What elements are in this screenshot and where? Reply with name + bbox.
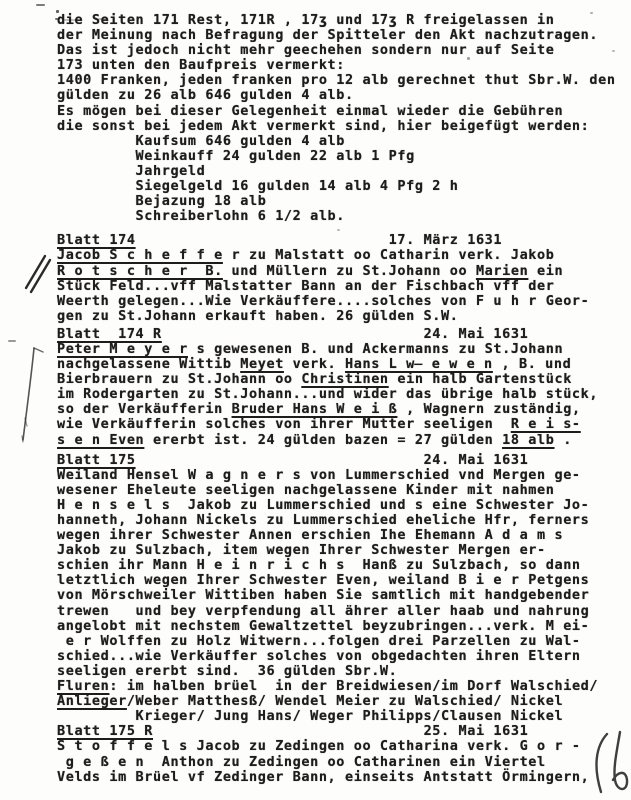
underlined-text: Anlieger [57,693,127,709]
text-line: Bierbrauern zu St.Johann oo Christinen e… [57,372,627,387]
text-segment: /Weber Matthesß/ Wendel Meier zu Walschi… [127,693,563,709]
text-line: H e n s e l s Jakob zu Lummerschied und … [57,498,627,513]
text-line: Anlieger/Weber Matthesß/ Wendel Meier zu… [57,694,627,709]
text-segment: Siegelgeld 16 gulden 14 alb 4 Pfg 2 h [57,178,458,194]
text-segment: 25. Mai 1631 [153,723,528,739]
text-line: e r Wolffen zu Holz Witwern...folgen dre… [57,634,627,649]
text-line: Kaufsum 646 gulden 4 alb [57,134,627,149]
text-line: s e n Even ererbt ist. 24 gülden bazen =… [57,433,627,448]
text-segment: 24. Mai 1631 [136,452,529,468]
text-line: Velds im Brüel vf Zedinger Bann, einseit… [57,770,627,785]
text-line: R o t s c h e r B. und Müllern zu St.Joh… [57,264,627,279]
text-segment: gen zu St.Johann erkauft haben. 26 gülde… [57,308,458,324]
text-line: Peter M e y e r s gewesenen B. und Acker… [57,342,627,357]
section-blatt-174: Blatt 174 17. März 1631Jacob S c h e f f… [57,233,627,324]
document-body: die Seiten 171 Rest, 171R , 17ʒ und 17ʒ … [57,13,627,785]
text-segment: im Rodergarten zu St.Johann...und wider … [57,386,598,402]
underlined-text: Jacob S c h e f f e [57,247,223,263]
section-blatt-174r: Blatt 174 R 24. Mai 1631Peter M e y e r … [57,327,627,448]
text-line: g e ß e n Anthon zu Zedingen oo Catharin… [57,755,627,770]
text-line: schied...wie Verkäuffer solches von obge… [57,649,627,664]
text-segment: die Seiten 171 Rest, 171R , 17ʒ und 17ʒ … [57,12,554,28]
underlined-text: R o t s c h e r B. [57,263,223,279]
text-line: wegen ihrer Schwester Annen erschien Ihe… [57,528,627,543]
text-line: Schreiberlohn 6 1/2 alb. [57,209,627,224]
text-segment: wie Verkäufferin solches von ihrer Mutte… [57,416,511,432]
text-segment: g e ß e n Anthon zu Zedingen oo Catharin… [57,754,546,770]
text-line: Fluren: im halben brüel in der Breidwies… [57,679,627,694]
underlined-text: Blatt 175 R [57,723,153,739]
text-segment: letztlich wegen Ihrer Schwester Even, we… [57,572,589,588]
underlined-text: Marien [476,263,528,279]
text-segment: S t o f f e l s Jacob zu Zedingen oo Cat… [57,738,581,754]
text-line: angelobt mit nechstem Gewaltzettel beyzu… [57,619,627,634]
text-segment: der Meinung nach Befragung der Spitteler… [57,27,598,43]
text-segment: hanneth, Johann Nickels zu Lummerschied … [57,512,589,528]
text-segment: Weerth gelegen...Wie Verkäuffere....solc… [57,293,589,309]
text-line: der Meinung nach Befragung der Spitteler… [57,28,627,43]
text-segment: Kaufsum 646 gulden 4 alb [57,133,345,149]
text-segment: verk. [284,356,345,372]
text-line: trewen und bey verpfendung all ährer all… [57,604,627,619]
text-segment: so der Verkäufferin [57,401,232,417]
blatt-header: Blatt 174 R 24. Mai 1631 [57,327,627,342]
underlined-text: Bruder Hans W e i ß [232,401,398,417]
text-segment: 24. Mai 1631 [162,326,529,342]
text-segment: gülden zu 26 alb 646 gulden 4 alb. [57,87,354,103]
text-segment: Krieger/ Jung Hans/ Weger Philipps/Claus… [57,708,563,724]
text-line: Siegelgeld 16 gulden 14 alb 4 Pfg 2 h [57,179,627,194]
text-segment: 17. März 1631 [136,232,503,248]
text-line: Es mögen bei dieser Gelegenheit einmal w… [57,104,627,119]
text-line: Weinkauff 24 gulden 22 alb 1 Pfg [57,149,627,164]
text-segment: Weiland Hensel W a g n e r s von Lummers… [57,467,581,483]
text-segment: , Wagnern zuständig, [397,401,580,417]
underlined-text: Blatt 174 [57,232,136,248]
text-line: gen zu St.Johann erkauft haben. 26 gülde… [57,309,627,324]
text-line: wesener Eheleute seeligen nachgelassene … [57,483,627,498]
text-line: Weiland Hensel W a g n e r s von Lummers… [57,468,627,483]
section-blatt-175r: Blatt 175 R 25. Mai 1631S t o f f e l s … [57,724,627,784]
text-segment: wegen ihrer Schwester Annen erschien Ihe… [57,527,563,543]
text-line: S t o f f e l s Jacob zu Zedingen oo Cat… [57,739,627,754]
text-segment: wesener Eheleute seeligen nachgelassene … [57,482,554,498]
text-segment: ein [528,263,563,279]
text-segment: , B. und [493,356,572,372]
blatt-header: Blatt 175 24. Mai 1631 [57,453,627,468]
text-segment: ererbt ist. 24 gülden bazen = 27 gülden [144,432,502,448]
document-page: die Seiten 171 Rest, 171R , 17ʒ und 17ʒ … [0,0,631,800]
underlined-text: s e n Even [57,432,144,448]
underlined-text: Blatt 175 [57,452,136,468]
text-segment: Stück Feld...vff Malstatter Bann an der … [57,278,554,294]
text-segment: angelobt mit nechstem Gewaltzettel beyzu… [57,618,589,634]
double-slash-mark-icon [20,248,56,296]
text-line: Weerth gelegen...Wie Verkäuffere....solc… [57,294,627,309]
text-segment: Velds im Brüel vf Zedinger Bann, einseit… [57,769,589,785]
text-line: 1400 Franken, jeden franken pro 12 alb g… [57,73,627,88]
text-segment: r zu Malstatt oo Catharin verk. Jakob [223,247,555,263]
text-segment: Weinkauff 24 gulden 22 alb 1 Pfg [57,148,415,164]
text-segment: und Müllern zu St.Johann oo [223,263,476,279]
section-intro: die Seiten 171 Rest, 171R , 17ʒ und 17ʒ … [57,13,627,224]
text-line: die Seiten 171 Rest, 171R , 17ʒ und 17ʒ … [57,13,627,28]
text-segment: schied...wie Verkäuffer solches von obge… [57,648,581,664]
text-segment: H e n s e l s Jakob zu Lummerschied und … [57,497,589,513]
text-segment: ein halb Gartenstück [389,371,572,387]
text-line: Stück Feld...vff Malstatter Bann an der … [57,279,627,294]
text-segment: 173 unten den Baufpreis vermerkt: [57,57,345,73]
scan-speck [36,4,45,6]
text-segment: nachgelassene Wittib [57,356,240,372]
text-line: Jahrgeld [57,164,627,179]
text-segment: die sonst bei jedem Akt vermerkt sind, h… [57,118,589,134]
text-segment: Bierbrauern zu St.Johann oo [57,371,301,387]
underlined-text: Peter M e y e r [57,341,188,357]
text-line: Jacob S c h e f f e r zu Malstatt oo Cat… [57,248,627,263]
text-line: nachgelassene Wittib Meyet verk. Hans L … [57,357,627,372]
text-segment: von Mörschweiler Wittiben haben Sie samt… [57,587,589,603]
text-line: von Mörschweiler Wittiben haben Sie samt… [57,588,627,603]
underlined-text: Meyet [240,356,284,372]
text-line: Bejazung 18 alb [57,194,627,209]
text-segment: 1400 Franken, jeden franken pro 12 alb g… [57,72,616,88]
text-segment: : im halben brüel in der Breidwiesen/im … [109,678,598,694]
underlined-text: Christinen [301,371,388,387]
text-line: gülden zu 26 alb 646 gulden 4 alb. [57,88,627,103]
text-segment: Das ist jedoch nicht mehr geechehen sond… [57,42,554,58]
scan-speck [8,340,16,342]
text-segment: Bejazung 18 alb [57,193,266,209]
underlined-text: R e i s- [511,416,581,432]
text-segment: Schreiberlohn 6 1/2 alb. [57,208,345,224]
underlined-text: Hans L w̶ e w e n [345,356,493,372]
text-segment: s gewesenen B. und Ackermanns zu St.Joha… [188,341,563,357]
text-segment: Jakob zu Sulzbach, item wegen Ihrer Schw… [57,542,546,558]
text-segment: Jahrgeld [57,163,205,179]
text-line: wie Verkäufferin solches von ihrer Mutte… [57,417,627,432]
text-segment: seeligen ererbt sind. 36 gülden Sbr.W. [57,663,397,679]
text-segment: . [555,432,572,448]
text-segment: schien ihr Mann H e i n r i c h s Hanß z… [57,557,581,573]
underlined-text: 18 alb [502,432,554,448]
underlined-text: Blatt 174 R [57,326,162,342]
text-segment: Es mögen bei dieser Gelegenheit einmal w… [57,103,563,119]
pencil-slash-mark-icon [12,340,48,450]
text-segment: e r Wolffen zu Holz Witwern...folgen dre… [57,633,581,649]
text-segment: trewen und bey verpfendung all ährer all… [57,603,589,619]
text-line: seeligen ererbt sind. 36 gülden Sbr.W. [57,664,627,679]
underlined-text: Fluren [57,678,109,694]
text-line: die sonst bei jedem Akt vermerkt sind, h… [57,119,627,134]
text-line: hanneth, Johann Nickels zu Lummerschied … [57,513,627,528]
section-blatt-175: Blatt 175 24. Mai 1631Weiland Hensel W a… [57,453,627,725]
